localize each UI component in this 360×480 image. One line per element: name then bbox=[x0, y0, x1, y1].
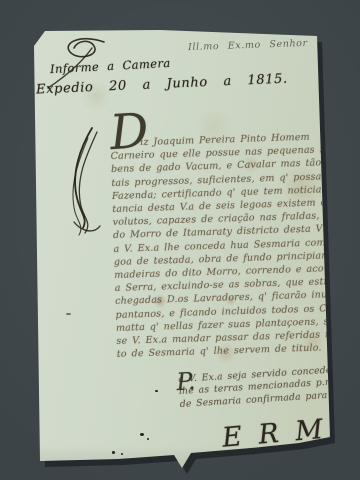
ink-speck bbox=[66, 313, 71, 315]
ink-speck bbox=[140, 433, 144, 436]
ink-speck bbox=[155, 390, 158, 392]
petition-closing-formula: P. a V. Ex.a seja servido conceder- lhe … bbox=[178, 364, 344, 411]
manuscript-page: Ill.mo Ex.mo Senhor Informe a Camera Exp… bbox=[0, 0, 360, 480]
rubric-flourish bbox=[62, 126, 106, 242]
manuscript-photo: Ill.mo Ex.mo Senhor Informe a Camera Exp… bbox=[0, 0, 360, 480]
petition-body-paragraph: iz Joaquim Pereira Pinto Homem Carneiro … bbox=[110, 130, 345, 362]
ink-speck bbox=[147, 438, 149, 440]
salutation-line: Ill.mo Ex.mo Senhor bbox=[188, 38, 308, 53]
petition-initial-letter: P. bbox=[176, 367, 197, 396]
ink-speck bbox=[121, 453, 123, 455]
ink-speck bbox=[112, 451, 115, 454]
